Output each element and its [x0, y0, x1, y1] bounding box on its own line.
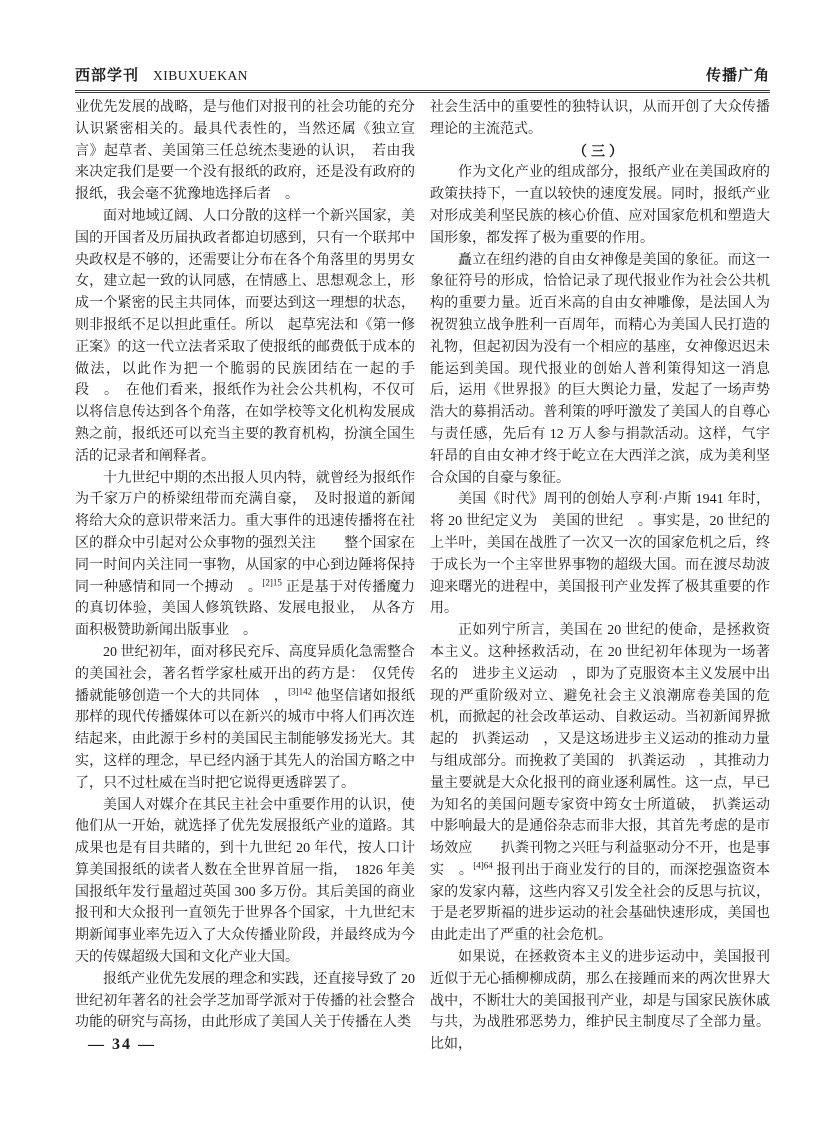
- paragraph-text: 报刊出于商业发行的目的，而深挖强盗资本家的发家内幕，这些内容又引发全社会的反思与…: [430, 863, 770, 943]
- paragraph: 作为文化产业的组成部分，报纸产业在美国政府的政策扶持下，一直以较快的速度发展。同…: [430, 162, 770, 249]
- citation-superscript: [2]15: [262, 577, 282, 587]
- paragraph: 正如列宁所言，美国在 20 世纪的使命，是拯救资本主义。这种拯救活动，在 20 …: [430, 620, 770, 947]
- journal-title-group: 西部学刊 XIBUXUEKAN: [75, 64, 248, 85]
- left-column: 业优先发展的战略，是与他们对报刊的社会功能的充分认识紧密相关的。最具代表性的，当…: [75, 97, 415, 1056]
- journal-page: 西部学刊 XIBUXUEKAN 传播广角 业优先发展的战略，是与他们对报刊的社会…: [0, 0, 833, 1123]
- section-heading-three: （三）: [430, 141, 770, 163]
- page-number: — 34 —: [88, 1036, 156, 1054]
- paragraph-text: 十九世纪中期的杰出报人贝内特，就曾经为报纸作为千家万户的桥梁纽带而充满自豪， 及…: [75, 471, 415, 595]
- journal-name-pinyin: XIBUXUEKAN: [153, 68, 248, 84]
- paragraph-text: 正如列宁所言，美国在 20 世纪的使命，是拯救资本主义。这种拯救活动，在 20 …: [430, 623, 770, 878]
- paragraph: 社会生活中的重要性的独特认识，从而开创了大众传播理论的主流范式。: [430, 97, 770, 141]
- paragraph: 如果说，在拯救资本主义的进步运动中，美国报刊近似于无心插柳柳成荫，那么在接踵而来…: [430, 947, 770, 1056]
- journal-name-chinese: 西部学刊: [75, 64, 139, 85]
- paragraph: 美国人对媒介在其民主社会中重要作用的认识，使他们从一开始，就选择了优先发展报纸产…: [75, 795, 415, 969]
- article-body: 业优先发展的战略，是与他们对报刊的社会功能的充分认识紧密相关的。最具代表性的，当…: [75, 97, 770, 1056]
- paragraph: 20 世纪初年，面对移民充斥、高度异质化急需整合的美国社会，著名哲学家杜威开出的…: [75, 642, 415, 795]
- citation-superscript: [4]64: [473, 860, 493, 870]
- paragraph: 面对地域辽阔、人口分散的这样一个新兴国家，美国的开国者及历届执政者都迫切感到，只…: [75, 206, 415, 468]
- right-column: 社会生活中的重要性的独特认识，从而开创了大众传播理论的主流范式。 （三） 作为文…: [430, 97, 770, 1056]
- page-header: 西部学刊 XIBUXUEKAN 传播广角: [75, 64, 770, 93]
- section-name: 传播广角: [706, 64, 770, 85]
- paragraph: 美国《时代》周刊的创始人亨利·卢斯 1941 年时，将 20 世纪定义为 美国的…: [430, 489, 770, 620]
- paragraph: 业优先发展的战略，是与他们对报刊的社会功能的充分认识紧密相关的。最具代表性的，当…: [75, 97, 415, 206]
- paragraph: 十九世纪中期的杰出报人贝内特，就曾经为报纸作为千家万户的桥梁纽带而充满自豪， 及…: [75, 468, 415, 642]
- paragraph: 矗立在纽约港的自由女神像是美国的象征。而这一象征符号的形成，恰恰记录了现代报业作…: [430, 250, 770, 490]
- paragraph: 报纸产业优先发展的理念和实践，还直接导致了 20 世纪初年著名的社会学芝加哥学派…: [75, 969, 415, 1034]
- citation-superscript: [3]142: [288, 686, 312, 696]
